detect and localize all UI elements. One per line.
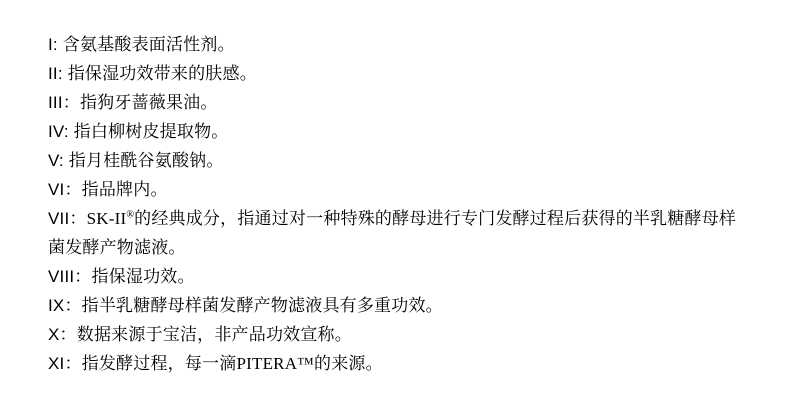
footnote-line: X：数据来源于宝洁，非产品功效宣称。 <box>48 320 746 349</box>
footnote-text: VIII：指保湿功效。 <box>48 267 195 286</box>
footnote-text: VII： <box>48 209 87 228</box>
footnote-line: IV: 指白柳树皮提取物。 <box>48 117 746 146</box>
footnote-line: II: 指保湿功效带来的肤感。 <box>48 59 746 88</box>
footnote-text: X：数据来源于宝洁，非产品功效宣称。 <box>48 325 352 344</box>
footnote-line: IX：指半乳糖酵母样菌发酵产物滤液具有多重功效。 <box>48 291 746 320</box>
footnote-text: XI：指发酵过程，每一滴 <box>48 354 236 373</box>
footnote-line: I: 含氨基酸表面活性剂。 <box>48 30 746 59</box>
footnote-text: IV: 指白柳树皮提取物。 <box>48 122 228 141</box>
footnote-text: VI：指品牌内。 <box>48 180 168 199</box>
footnote-text: V: 指月桂酰谷氨酸钠。 <box>48 151 224 170</box>
footnote-text: I: 含氨基酸表面活性剂。 <box>48 35 235 54</box>
footnote-text: III：指狗牙蔷薇果油。 <box>48 93 218 112</box>
footnote-line: III：指狗牙蔷薇果油。 <box>48 88 746 117</box>
footnote-text: 的经典成分，指通过对一种特殊的酵母进行专门发酵过程后获得的半乳糖酵母样菌发酵产物… <box>48 209 736 257</box>
footnote-text: II: 指保湿功效带来的肤感。 <box>48 64 257 83</box>
brand-name-text: SK-II <box>87 209 127 228</box>
footnote-line: V: 指月桂酰谷氨酸钠。 <box>48 146 746 175</box>
brand-name-text: PITERA™ <box>236 354 314 373</box>
footnotes-list: I: 含氨基酸表面活性剂。II: 指保湿功效带来的肤感。III：指狗牙蔷薇果油。… <box>0 0 748 378</box>
brand-name-text: ® <box>126 209 134 220</box>
footnote-line: VI：指品牌内。 <box>48 175 746 204</box>
footnote-line: VIII：指保湿功效。 <box>48 262 746 291</box>
footnote-text: IX：指半乳糖酵母样菌发酵产物滤液具有多重功效。 <box>48 296 443 315</box>
footnote-text: 的来源。 <box>314 354 383 373</box>
footnote-line: VII：SK-II®的经典成分，指通过对一种特殊的酵母进行专门发酵过程后获得的半… <box>48 204 746 262</box>
footnote-line: XI：指发酵过程，每一滴PITERA™的来源。 <box>48 349 746 378</box>
